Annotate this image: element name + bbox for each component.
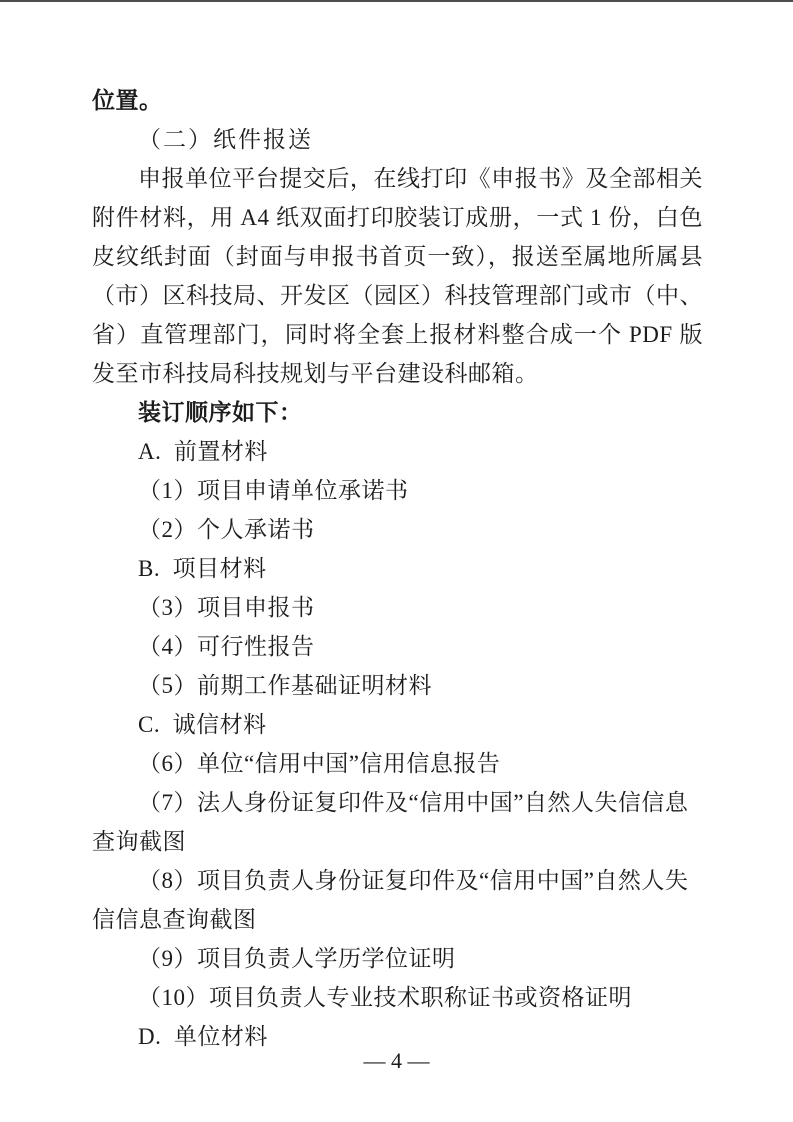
binding-list-item: （5）前期工作基础证明材料 [92,666,703,705]
binding-list-item: （8）项目负责人身份证复印件及“信用中国”自然人失信信息查询截图 [92,861,703,939]
binding-list-item: （1）项目申请单位承诺书 [92,471,703,510]
binding-list-item: C. 诚信材料 [92,705,703,744]
document-page: 位置。 （二）纸件报送 申报单位平台提交后，在线打印《申报书》及全部相关附件材料… [0,0,793,1122]
scan-edge-artifact [0,0,793,2]
binding-list-item: （9）项目负责人学历学位证明 [92,939,703,978]
binding-list-item: （2）个人承诺书 [92,510,703,549]
intro-tail-text: 位置。 [92,81,703,120]
page-footer: — 4 — [0,1041,793,1080]
document-content: 位置。 （二）纸件报送 申报单位平台提交后，在线打印《申报书》及全部相关附件材料… [92,81,703,1056]
body-paragraph: 申报单位平台提交后，在线打印《申报书》及全部相关附件材料，用 A4 纸双面打印胶… [92,159,703,393]
binding-list-item: （6）单位“信用中国”信用信息报告 [92,744,703,783]
binding-list-item: （7）法人身份证复印件及“信用中国”自然人失信信息查询截图 [92,783,703,861]
binding-order-heading: 装订顺序如下： [92,393,703,432]
binding-list-item: B. 项目材料 [92,549,703,588]
binding-list-item: A. 前置材料 [92,432,703,471]
section-heading: （二）纸件报送 [92,120,703,159]
binding-list-item: （3）项目申报书 [92,588,703,627]
binding-list-item: （10）项目负责人专业技术职称证书或资格证明 [92,978,703,1017]
binding-list-item: （4）可行性报告 [92,627,703,666]
page-number: — 4 — [364,1048,430,1073]
binding-list: A. 前置材料（1）项目申请单位承诺书（2）个人承诺书B. 项目材料（3）项目申… [92,432,703,1056]
